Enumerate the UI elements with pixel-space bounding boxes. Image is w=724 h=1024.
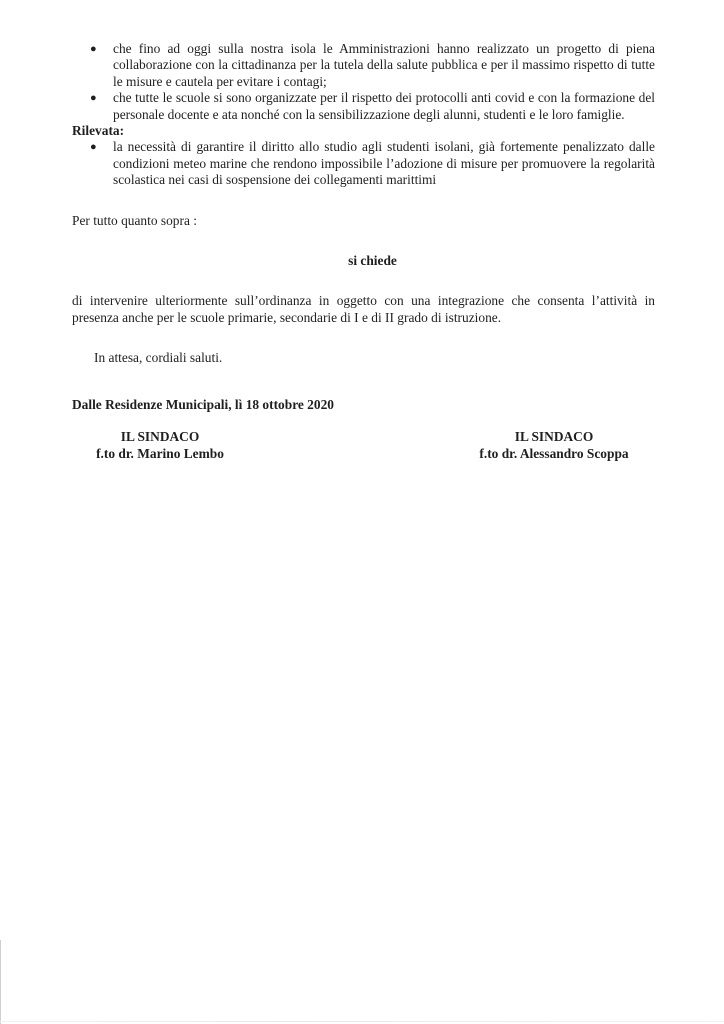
bullet-icon: ● [90, 139, 97, 155]
signature-right: IL SINDACO f.to dr. Alessandro Scoppa [474, 429, 634, 462]
signature-left: IL SINDACO f.to dr. Marino Lembo [80, 429, 240, 462]
bullet-icon: ● [90, 41, 97, 57]
closing-text: In attesa, cordiali saluti. [72, 350, 655, 366]
premise-bullet-list: ● che fino ad oggi sulla nostra isola le… [72, 41, 655, 123]
bullet-text: la necessità di garantire il diritto all… [113, 139, 655, 187]
scan-edge [0, 940, 1, 1024]
signature-block: IL SINDACO f.to dr. Marino Lembo IL SIND… [72, 429, 655, 465]
si-chiede-heading: si chiede [72, 253, 655, 269]
per-tutto-text: Per tutto quanto sopra : [72, 213, 655, 229]
place-date: Dalle Residenze Municipali, lì 18 ottobr… [72, 397, 655, 413]
list-item: ● che tutte le scuole si sono organizzat… [72, 90, 655, 123]
request-paragraph: di intervenire ulteriormente sull’ordina… [72, 293, 655, 326]
rilevata-heading: Rilevata: [72, 123, 655, 139]
bullet-text: che fino ad oggi sulla nostra isola le A… [113, 41, 655, 89]
letter-page: ● che fino ad oggi sulla nostra isola le… [72, 41, 655, 465]
signature-title: IL SINDACO [474, 429, 634, 445]
bullet-text: che tutte le scuole si sono organizzate … [113, 90, 655, 121]
rilevata-bullet-list: ● la necessità di garantire il diritto a… [72, 139, 655, 188]
scan-bottom-edge [0, 1021, 724, 1022]
bullet-icon: ● [90, 90, 97, 106]
signature-title: IL SINDACO [80, 429, 240, 445]
list-item: ● la necessità di garantire il diritto a… [72, 139, 655, 188]
list-item: ● che fino ad oggi sulla nostra isola le… [72, 41, 655, 90]
signature-name: f.to dr. Marino Lembo [80, 446, 240, 462]
signature-name: f.to dr. Alessandro Scoppa [474, 446, 634, 462]
